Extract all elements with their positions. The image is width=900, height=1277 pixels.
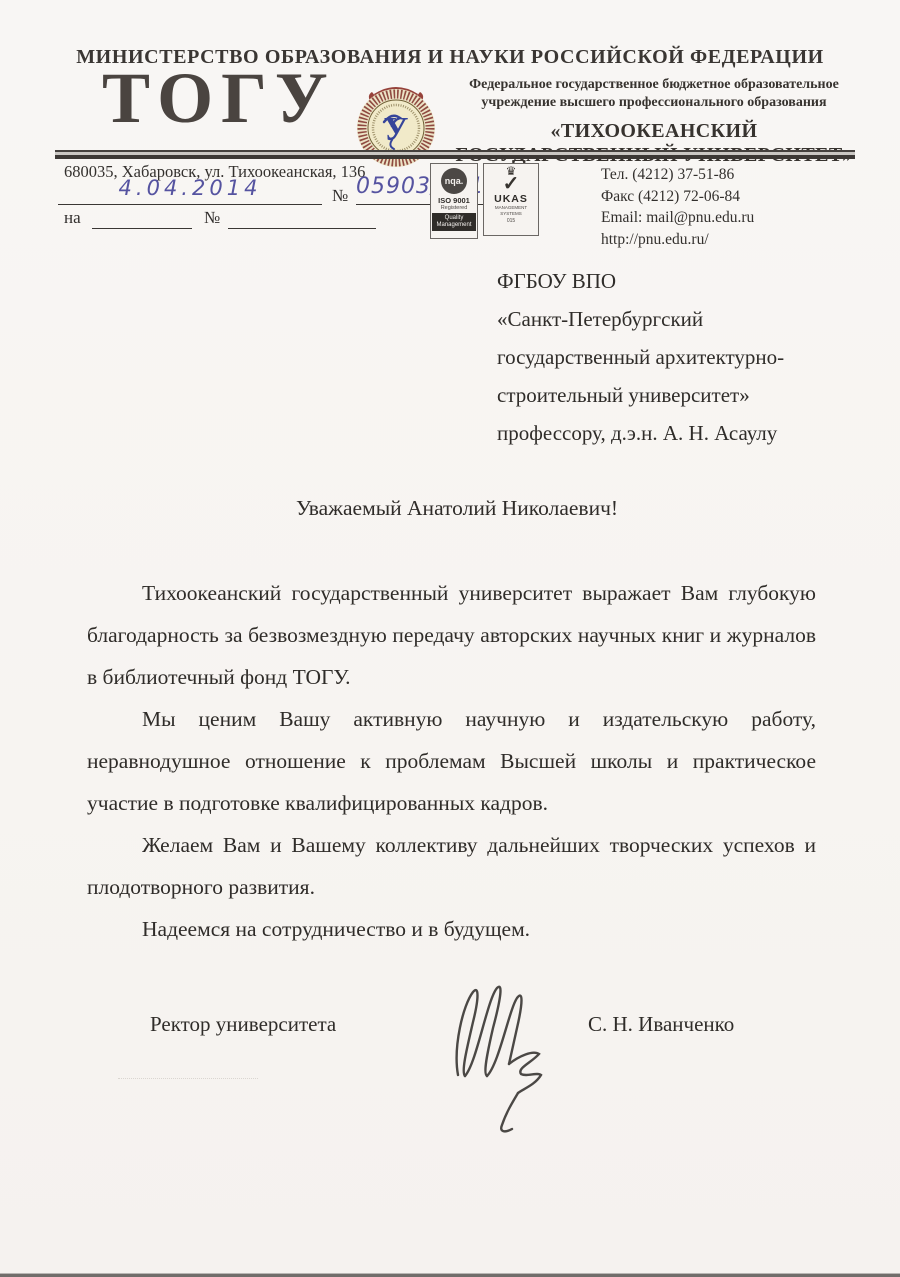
quality-label-line2: Management <box>436 222 471 229</box>
check-icon: ✓ <box>503 175 520 193</box>
signer-name: С. Н. Иванченко <box>588 1012 734 1037</box>
handwritten-signature <box>438 975 578 1135</box>
header-divider-rule <box>55 150 855 159</box>
email-line: Email: mail@pnu.edu.ru <box>601 207 754 229</box>
handwritten-date: 4.04.2014 <box>119 176 262 200</box>
nqa-iso9001-badge: nqa. ISO 9001 Registered Quality Managem… <box>430 163 478 239</box>
ukas-badge: ♛ ✓ UKAS MANAGEMENT SYSTEMS 015 <box>483 163 539 236</box>
website-line: http://pnu.edu.ru/ <box>601 229 754 251</box>
phone-line: Тел. (4212) 37-51-86 <box>601 164 754 186</box>
number-sign: № <box>204 208 220 228</box>
org-descriptor-line2: учреждение высшего профессионального обр… <box>448 94 860 112</box>
org-descriptor-line1: Федеральное государственное бюджетное об… <box>448 76 860 94</box>
reply-to-label: на <box>64 208 81 228</box>
recipient-line: государственный архитектурно- <box>497 338 784 376</box>
fax-line: Факс (4212) 72-06-84 <box>601 186 754 208</box>
reply-date-blank-line <box>92 206 192 229</box>
togu-logotype: ТОГУ <box>102 62 336 134</box>
recipient-block: ФГБОУ ВПО «Санкт-Петербургский государст… <box>497 262 784 452</box>
registered-label: Registered <box>441 205 468 211</box>
ukas-label: UKAS <box>494 193 528 205</box>
recipient-line: «Санкт-Петербургский <box>497 300 784 338</box>
reply-number-blank-line <box>228 206 376 229</box>
recipient-line: ФГБОУ ВПО <box>497 262 784 300</box>
quality-label-line1: Quality <box>436 215 471 222</box>
iso9001-label: ISO 9001 <box>438 196 470 205</box>
paragraph: Тихоокеанский государственный университе… <box>87 572 816 698</box>
paragraph: Мы ценим Вашу активную научную и издател… <box>87 698 816 824</box>
scan-edge-shadow <box>0 1273 900 1277</box>
scan-artifact-dots <box>118 1078 258 1079</box>
signature-icon <box>438 975 578 1135</box>
letter-body: Тихоокеанский государственный университе… <box>87 572 816 950</box>
paragraph: Надеемся на сотрудничество и в будущем. <box>87 908 816 950</box>
salutation: Уважаемый Анатолий Николаевич! <box>87 496 827 521</box>
recipient-line: строительный университет» <box>497 376 784 414</box>
nqa-logo-icon: nqa. <box>441 168 467 194</box>
outgoing-date-line: 4.04.2014 <box>58 176 322 205</box>
letter-document: МИНИСТЕРСТВО ОБРАЗОВАНИЯ И НАУКИ РОССИЙС… <box>0 0 900 1277</box>
ukas-sub-line2: SYSTEMS <box>500 211 522 217</box>
paragraph: Желаем Вам и Вашему коллективу дальнейши… <box>87 824 816 908</box>
org-name-line1: «ТИХООКЕАНСКИЙ <box>448 119 860 143</box>
number-sign: № <box>332 186 348 206</box>
quality-management-label: Quality Management <box>432 213 475 231</box>
signer-title: Ректор университета <box>150 1012 336 1037</box>
certification-badges: nqa. ISO 9001 Registered Quality Managem… <box>430 163 539 239</box>
recipient-line: профессору, д.э.н. А. Н. Асаулу <box>497 414 784 452</box>
ukas-code: 015 <box>507 218 515 224</box>
contact-details: Тел. (4212) 37-51-86 Факс (4212) 72-06-8… <box>601 164 754 250</box>
